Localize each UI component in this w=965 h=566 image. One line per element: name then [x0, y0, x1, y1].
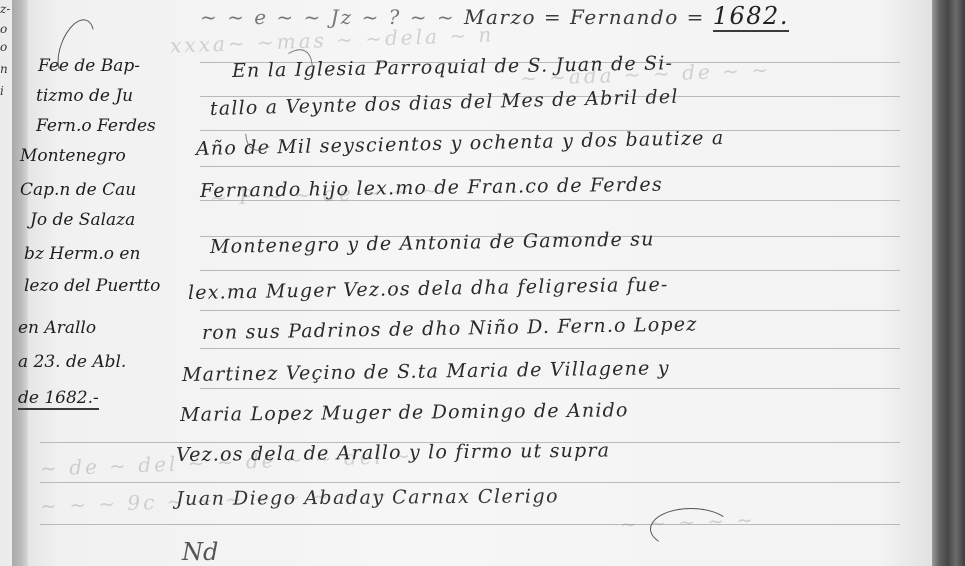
prev-page-fragment: o: [0, 40, 7, 54]
body-line: lex.ma Muger Vez.os dela dha feligresia …: [188, 274, 669, 304]
body-line: ron sus Padrinos de dho Niño D. Fern.o L…: [202, 313, 698, 344]
next-entry-fragment: Nd: [182, 538, 218, 566]
margin-note-line: Jo de Salaza: [30, 210, 135, 230]
body-line: Vez.os dela de Arallo y lo firmo ut supr…: [176, 439, 610, 466]
ruled-line: [200, 310, 900, 311]
ruled-line: [200, 270, 900, 271]
margin-note-line: tizmo de Ju: [36, 86, 133, 106]
header-month: Marzo: [464, 5, 536, 29]
body-line: Martinez Veçino de S.ta Maria de Village…: [182, 357, 670, 386]
prev-page-fragment: i: [0, 84, 4, 98]
margin-note-line: bz Herm.o en: [24, 244, 140, 264]
margin-note-line: Montenegro: [20, 146, 126, 166]
margin-note-line: de 1682.-: [18, 388, 99, 410]
ruled-line: [40, 524, 900, 525]
running-header: ~ ~ e ~ ~ Jz ~ ? ~ ~ Marzo = Fernando = …: [200, 2, 789, 30]
ruled-line: [200, 348, 900, 349]
prev-page-fragment: z-: [0, 2, 10, 16]
signature-flourish-icon: [650, 508, 732, 550]
margin-note-line: a 23. de Abl.: [18, 352, 126, 372]
ruled-line: [200, 388, 900, 389]
manuscript-page: z- o o n i xxxa~ ~mas ~ ~dela ~ n ~ ~ada…: [0, 0, 965, 566]
previous-page-edge: z- o o n i: [0, 0, 12, 566]
margin-note-line: Cap.n de Cau: [20, 180, 136, 200]
body-line: Maria Lopez Muger de Domingo de Anido: [180, 399, 629, 426]
book-binding-edge: [932, 0, 965, 566]
margin-note-line: lezo del Puertto: [24, 276, 160, 296]
body-line: Montenegro y de Antonia de Gamonde su: [210, 228, 655, 258]
header-year: 1682.: [713, 2, 789, 32]
body-line: Fernando hijo lex.mo de Fran.co de Ferde…: [200, 174, 663, 202]
ruled-line: [40, 482, 900, 483]
priest-signature: Juan Diego Abaday Carnax Clerigo: [176, 485, 559, 510]
margin-note-line: Fern.o Ferdes: [36, 116, 156, 136]
header-name: Fernando: [570, 5, 679, 29]
margin-note-line: en Arallo: [18, 318, 96, 338]
prev-page-fragment: o: [0, 22, 7, 36]
prev-page-fragment: n: [0, 62, 8, 76]
ruled-line: [200, 166, 900, 167]
